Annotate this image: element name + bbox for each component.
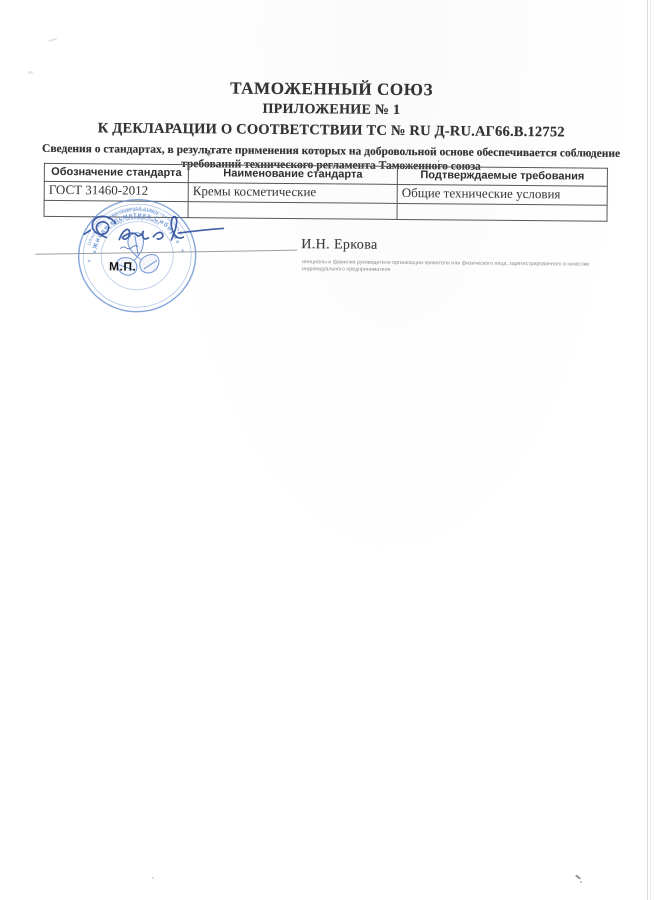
scan-edge-line: [650, 0, 651, 900]
scanned-content: ТАМОЖЕННЫЙ СОЮЗ ПРИЛОЖЕНИЕ № 1 К ДЕКЛАРА…: [0, 0, 654, 900]
stray-asterisk-mark: *: [206, 150, 212, 162]
seal-placeholder-label: М.П.: [109, 260, 136, 272]
cell-empty: [397, 203, 607, 221]
doc-appendix-title: ПРИЛОЖЕНИЕ № 1: [8, 99, 654, 121]
scan-speck: [152, 877, 154, 879]
scan-edge-line: [647, 0, 648, 900]
document-page: ТАМОЖЕННЫЙ СОЮЗ ПРИЛОЖЕНИЕ № 1 К ДЕКЛАРА…: [0, 0, 654, 900]
doc-title: ТАМОЖЕННЫЙ СОЮЗ: [9, 77, 654, 102]
col-header-confirmed-requirements: Подтверждаемые требования: [397, 166, 607, 186]
cell-standard-name: Кремы косметические: [188, 183, 397, 204]
signatory-caption: инициалы и фамилия руководителя организа…: [302, 259, 614, 275]
scan-speck: [580, 881, 582, 883]
cell-confirmed-requirements: Общие технические условия: [397, 184, 607, 205]
col-header-standard-name: Наименование стандарта: [188, 165, 397, 185]
signatory-name: И.Н. Еркова: [301, 237, 378, 254]
doc-declaration-number: К ДЕКЛАРАЦИИ О СООТВЕТСТВИИ ТС № RU Д-RU…: [8, 120, 654, 143]
col-header-standard-designation: Обозначение стандарта: [44, 163, 188, 182]
document-header: ТАМОЖЕННЫЙ СОЮЗ ПРИЛОЖЕНИЕ № 1 К ДЕКЛАРА…: [0, 76, 654, 175]
stamp-left-star: *: [87, 258, 91, 267]
scan-speck: [28, 71, 33, 74]
